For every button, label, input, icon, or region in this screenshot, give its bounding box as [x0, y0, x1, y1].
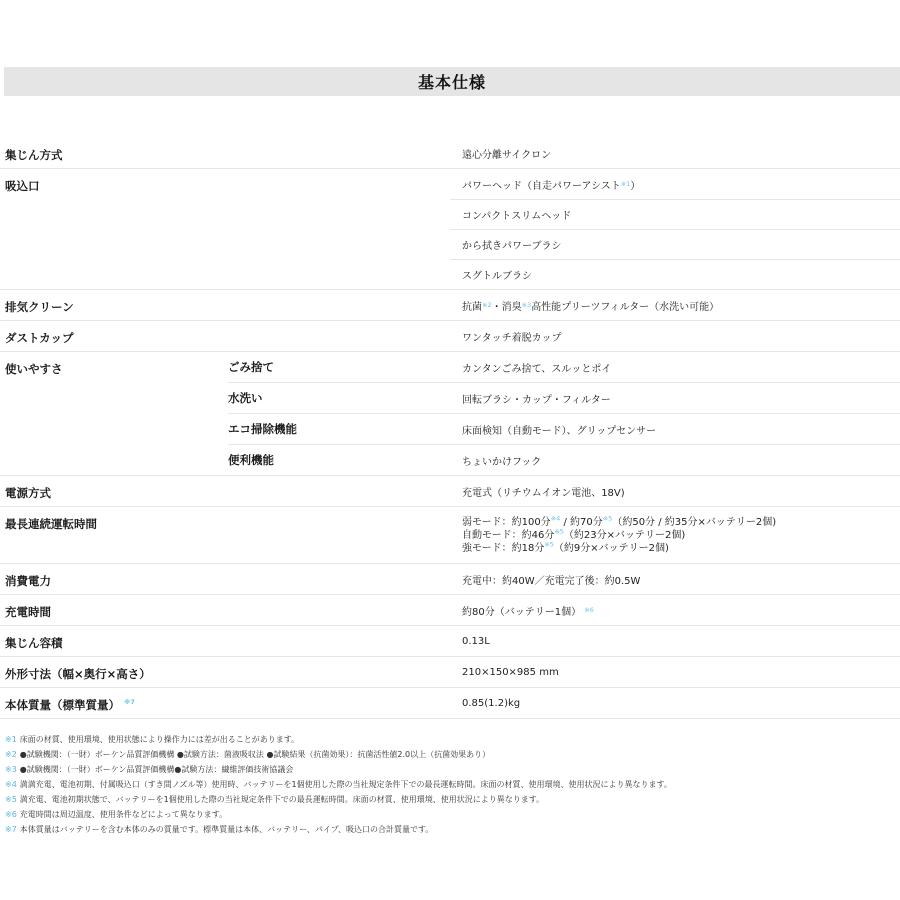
spec-value: 0.13L [450, 626, 900, 656]
sub-row: エコ掃除機能 床面検知（自動モード）、グリップセンサー [228, 414, 900, 445]
footnote-mark: ※5 [5, 795, 17, 804]
runtime-text: 自動モード：約46分 [462, 530, 554, 541]
spec-value: から拭きパワーブラシ [450, 229, 900, 259]
footnote-mark: ※4 [5, 780, 17, 789]
spec-row-exhaust: 排気クリーン 抗菌※2・消臭※3高性能プリーツフィルター（水洗い可能） [0, 290, 900, 321]
sub-row: ごみ捨て カンタンごみ捨て、スルッとポイ [228, 352, 900, 383]
spec-value-text: 抗菌 [462, 298, 482, 313]
sub-label: 水洗い [228, 383, 450, 413]
spec-label: 排気クリーン [0, 290, 228, 320]
spec-label: 集じん方式 [0, 138, 228, 168]
footnote-3: ※3●試験機関：（一財）ボーケン品質評価機構●試験方法：繊維評価技術協議会 [5, 762, 900, 777]
footnote-text: 満満充電、電池初期、付属吸込口（すき間ノズル等）使用時、バッテリーを1個使用した… [20, 780, 672, 789]
spec-value-text: ） [630, 177, 640, 192]
spec-value-text: 約80分（バッテリー1個） [462, 603, 581, 618]
sub-row: 水洗い 回転ブラシ・カップ・フィルター [228, 383, 900, 414]
spec-row-weight: 本体質量（標準質量） ※7 0.85(1.2)kg [0, 688, 900, 719]
spec-label: 使いやすさ [0, 352, 228, 475]
footnote-mark: ※1 [5, 735, 17, 744]
spec-value: 遠心分離サイクロン [450, 138, 900, 168]
spec-label: ダストカップ [0, 321, 228, 351]
footnote-mark: ※6 [5, 810, 17, 819]
spec-value: カンタンごみ捨て、スルッとポイ [450, 352, 900, 382]
runtime-text: （約23分×バッテリー2個) [564, 530, 685, 541]
footnote-ref[interactable]: ※5 [603, 514, 613, 522]
runtime-text: 強モード：約18分 [462, 543, 544, 554]
sub-row: 便利機能 ちょいかけフック [228, 445, 900, 475]
footnote-6: ※6充電時間は周辺温度、使用条件などによって異なります。 [5, 807, 900, 822]
spec-row-usability: 使いやすさ ごみ捨て カンタンごみ捨て、スルッとポイ 水洗い 回転ブラシ・カップ… [0, 352, 900, 476]
spec-value: 充電式（リチウムイオン電池、18V) [450, 476, 900, 506]
spec-label: 充電時間 [0, 595, 228, 625]
runtime-line-weak: 弱モード：約100分※4 / 約70分※5（約50分 / 約35分×バッテリー2… [462, 516, 776, 529]
spec-label-text: 本体質量（標準質量） [5, 698, 120, 712]
footnote-mark: ※2 [5, 750, 17, 759]
spec-label: 本体質量（標準質量） ※7 [0, 688, 228, 718]
spec-value: 回転ブラシ・カップ・フィルター [450, 383, 900, 413]
runtime-line-strong: 強モード：約18分※5（約9分×バッテリー2個) [462, 542, 669, 555]
spec-row-power-consumption: 消費電力 充電中：約40W／充電完了後：約0.5W [0, 564, 900, 595]
footnote-ref[interactable]: ※4 [551, 514, 561, 522]
footnote-7: ※7本体質量はバッテリーを含む本体のみの質量です。標準質量は本体、バッテリー、パ… [5, 822, 900, 837]
spec-value-text: パワーヘッド（自走パワーアシスト [462, 177, 621, 192]
sub-label: 便利機能 [228, 445, 450, 475]
sub-label: エコ掃除機能 [228, 414, 450, 444]
spec-value: パワーヘッド（自走パワーアシスト※1） [450, 169, 900, 199]
spec-row-dimensions: 外形寸法（幅×奥行×高さ） 210×150×985 mm [0, 657, 900, 688]
footnote-ref[interactable]: ※7 [124, 698, 135, 706]
spec-value: 210×150×985 mm [450, 657, 900, 687]
footnote-5: ※5満充電、電池初期状態で、バッテリーを1個使用した際の当社規定条件下での最長運… [5, 792, 900, 807]
footnote-text: ●試験機関：（一財）ボーケン品質評価機構●試験方法：繊維評価技術協議会 [20, 765, 294, 774]
footnotes: ※1床面の材質、使用環境、使用状態により操作力には差が出ることがあります。 ※2… [5, 732, 900, 837]
runtime-text: 弱モード：約100分 [462, 517, 551, 528]
spec-label: 消費電力 [0, 564, 228, 594]
footnote-text: ●試験機関：（一財）ボーケン品質評価機構 ●試験方法：菌液吸収法 ●試験結果（抗… [20, 750, 490, 759]
page-title: 基本仕様 [418, 70, 486, 93]
spec-row-dust-collection: 集じん方式 遠心分離サイクロン [0, 138, 900, 169]
footnote-text: 床面の材質、使用環境、使用状態により操作力には差が出ることがあります。 [20, 735, 299, 744]
spec-table: 集じん方式 遠心分離サイクロン 吸込口 パワーヘッド（自走パワーアシスト※1） … [0, 138, 900, 719]
spec-row-power-source: 電源方式 充電式（リチウムイオン電池、18V) [0, 476, 900, 507]
spec-value: ちょいかけフック [450, 445, 900, 475]
footnote-ref[interactable]: ※5 [554, 527, 564, 535]
footnote-mark: ※7 [5, 825, 17, 834]
runtime-line-auto: 自動モード：約46分※5（約23分×バッテリー2個) [462, 529, 685, 542]
spec-row-dust-cup: ダストカップ ワンタッチ着脱カップ [0, 321, 900, 352]
spec-label: 電源方式 [0, 476, 228, 506]
spec-label: 最長連続運転時間 [0, 507, 228, 563]
spec-value: 弱モード：約100分※4 / 約70分※5（約50分 / 約35分×バッテリー2… [450, 507, 900, 563]
spec-value: スグトルブラシ [450, 259, 900, 289]
spec-label: 外形寸法（幅×奥行×高さ） [0, 657, 228, 687]
footnote-4: ※4満満充電、電池初期、付属吸込口（すき間ノズル等）使用時、バッテリーを1個使用… [5, 777, 900, 792]
spec-row-runtime: 最長連続運転時間 弱モード：約100分※4 / 約70分※5（約50分 / 約3… [0, 507, 900, 564]
runtime-text: （約50分 / 約35分×バッテリー2個) [612, 517, 776, 528]
sub-label: ごみ捨て [228, 352, 450, 382]
spec-value: 抗菌※2・消臭※3高性能プリーツフィルター（水洗い可能） [450, 290, 900, 320]
spec-value: ワンタッチ着脱カップ [450, 321, 900, 351]
footnote-text: 満充電、電池初期状態で、バッテリーを1個使用した際の当社規定条件下での最長運転時… [20, 795, 544, 804]
spec-row-nozzle: 吸込口 パワーヘッド（自走パワーアシスト※1） コンパクトスリムヘッド から拭き… [0, 169, 900, 290]
spec-value: 充電中：約40W／充電完了後：約0.5W [450, 564, 900, 594]
footnote-text: 本体質量はバッテリーを含む本体のみの質量です。標準質量は本体、バッテリー、パイプ… [20, 825, 434, 834]
spec-value: 床面検知（自動モード）、グリップセンサー [450, 414, 900, 444]
spec-row-charge-time: 充電時間 約80分（バッテリー1個） ※6 [0, 595, 900, 626]
spec-value: コンパクトスリムヘッド [450, 199, 900, 229]
footnote-mark: ※3 [5, 765, 17, 774]
spec-value: 0.85(1.2)kg [450, 688, 900, 718]
footnote-1: ※1床面の材質、使用環境、使用状態により操作力には差が出ることがあります。 [5, 732, 900, 747]
runtime-text: / 約70分 [560, 517, 602, 528]
spec-value-text: ・消臭 [492, 298, 522, 313]
spec-label: 集じん容積 [0, 626, 228, 656]
runtime-text: （約9分×バッテリー2個) [554, 543, 669, 554]
footnote-ref[interactable]: ※5 [544, 540, 554, 548]
spec-value: 約80分（バッテリー1個） ※6 [450, 595, 900, 625]
section-title-bar: 基本仕様 [4, 67, 900, 96]
spec-value-text: 高性能プリーツフィルター（水洗い可能） [531, 298, 719, 313]
footnote-2: ※2●試験機関：（一財）ボーケン品質評価機構 ●試験方法：菌液吸収法 ●試験結果… [5, 747, 900, 762]
spec-row-capacity: 集じん容積 0.13L [0, 626, 900, 657]
spec-label: 吸込口 [0, 169, 228, 289]
footnote-text: 充電時間は周辺温度、使用条件などによって異なります。 [20, 810, 227, 819]
